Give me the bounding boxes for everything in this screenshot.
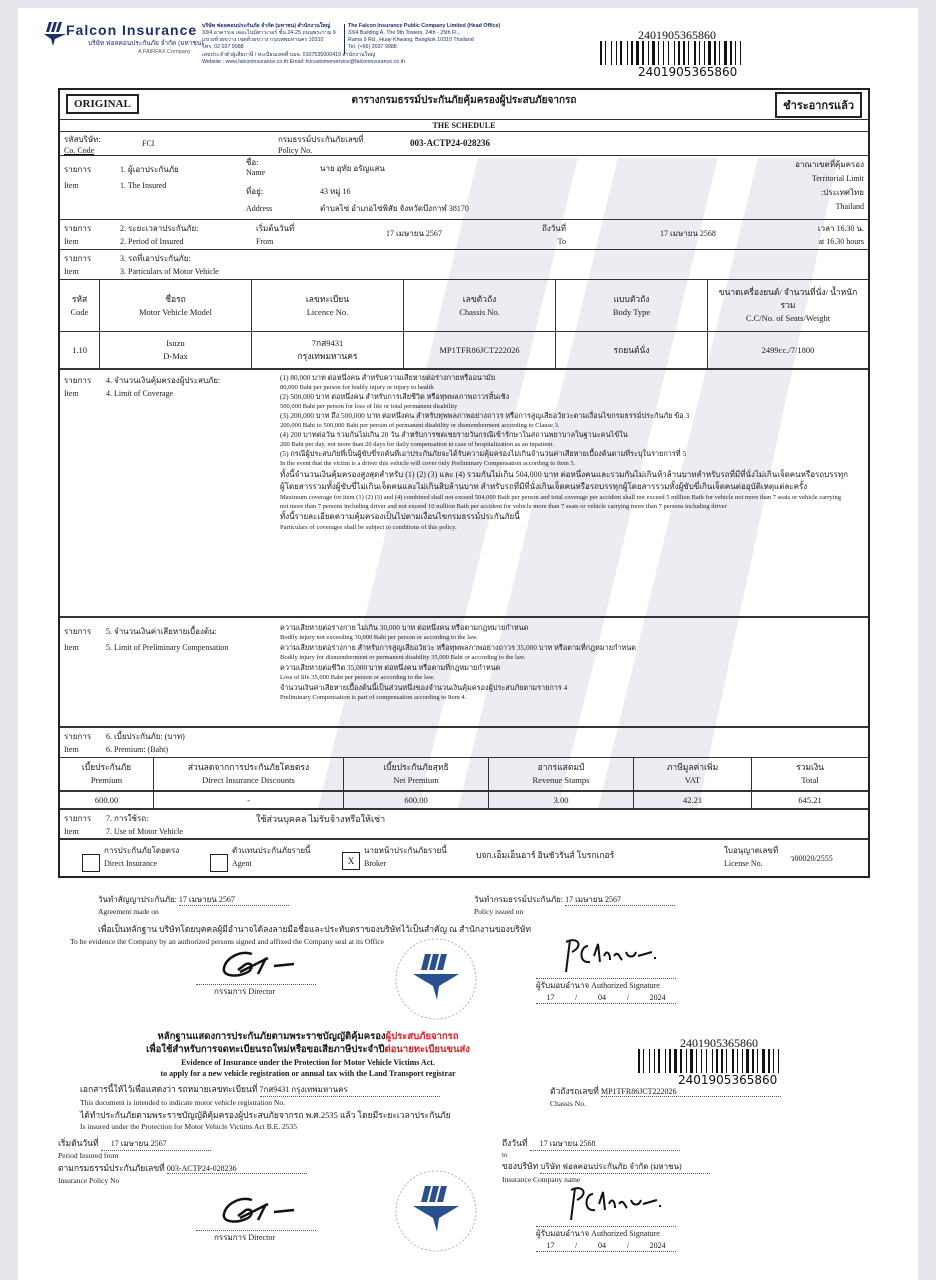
director-label-2: กรรมการ Director: [214, 1232, 275, 1243]
item-label-th: รายการ: [64, 374, 91, 387]
address-line-1: 43 หมู่ 16: [320, 183, 469, 200]
preliminary-title: 5. จำนวนเงินค่าเสียหายเบื้องต้น: 5. Limi…: [106, 624, 228, 656]
vehicle-body: รถยนต์นั่ง: [556, 332, 708, 368]
period-title-th: 2. ระยะเวลาประกันภัย:: [120, 222, 198, 235]
direct-label-en: Direct Insurance: [104, 857, 179, 870]
co-code-label: รหัสบริษัท: Co. Code: [64, 134, 101, 156]
policy-label: กรมธรรม์ประกันภัยเลขที่ Policy No.: [278, 134, 364, 156]
item-vehicle-row: รายการ Item 3. รถที่เอาประกันภัย: 3. Par…: [60, 250, 868, 280]
coverage-line-th: (5) กรณีผู้ประสบภัยที่เป็นผู้ขับขี่รถคัน…: [280, 449, 850, 459]
territory-label-th: อาณาเขตที่คุ้มครอง: [795, 158, 864, 172]
col-net-premium-th: เบี้ยประกันภัยสุทธิ: [344, 761, 488, 774]
col-licence-th: เลขทะเบียน: [252, 293, 403, 306]
name-label: ชื่อ: Name: [246, 158, 265, 178]
col-code-en: Code: [60, 306, 99, 319]
coverage-line-en: 200 Baht per day, not more than 20 days …: [280, 440, 850, 449]
agreement-label-th: วันทำสัญญาประกันภัย:: [98, 895, 177, 904]
eng-address-line: Rama 9 Rd., Huay Khwang, Bangkok 10310 T…: [348, 37, 548, 44]
evidence-to-label-en: to: [502, 1151, 710, 1159]
coverage-line-th: (4) 200 บาทต่อวัน รวมกันไม่เกิน 20 วัน ส…: [280, 430, 850, 440]
policy-label-th: กรมธรรม์ประกันภัยเลขที่: [278, 134, 364, 145]
agreement-date: 17 เมษายน 2567: [179, 894, 289, 906]
eng-address-line: The Falcon Insurance Public Company Limi…: [348, 23, 500, 29]
premium-value: 600.00: [60, 792, 154, 808]
col-net-premium: เบี้ยประกันภัยสุทธิNet Premium: [344, 758, 489, 790]
co-code-label-en: Co. Code: [64, 145, 101, 156]
preliminary-line: ความเสียหายต่อร่างกาย ไม่เกิน 30,000 บาท…: [280, 622, 850, 642]
item-label: รายการ Item: [64, 252, 91, 278]
preliminary-line-th: ความเสียหายต่อร่างกาย สำหรับการสูญเสียอว…: [280, 642, 850, 653]
coverage-title-en: 4. Limit of Coverage: [106, 387, 220, 400]
item-label-en: Item: [64, 387, 91, 400]
insured-title-en: 1. The Insured: [120, 178, 179, 194]
territory-value-en: Thailand: [795, 200, 864, 214]
item-label-th: รายการ: [64, 252, 91, 265]
issued-label-th: วันทำกรมธรรม์ประกันภัย:: [474, 895, 563, 904]
territory-label-en: Territorial Limit: [795, 172, 864, 186]
premium-title-th: 6. เบี้ยประกันภัย: (บาท): [106, 730, 185, 743]
director-signature-icon: [218, 948, 298, 982]
evidence-title-1-red: ผู้ประสบภัยจากรถ: [386, 1032, 459, 1042]
col-body-en: Body Type: [556, 306, 707, 319]
item-label: รายการ Item: [64, 730, 91, 756]
col-spec-en: C.C/No. of Seats/Weight: [714, 312, 862, 325]
agreement-date-block: วันทำสัญญาประกันภัย: 17 เมษายน 2567 Agre…: [98, 894, 289, 917]
authorized-label-2: ผู้รับมอบอำนาจ Authorized Signature: [536, 1228, 660, 1239]
evidence-title-2: เพื่อใช้สำหรับการจดทะเบียนรถใหม่หรือขอเส…: [78, 1044, 538, 1057]
company-seal-2-icon: [393, 1168, 479, 1254]
agreement-label-en: Agreement made on: [98, 906, 289, 917]
vehicle-code: 1.10: [60, 332, 100, 368]
evidence-title-1-black: หลักฐานแสดงการประกันภัยตามพระราชบัญญัติค…: [157, 1032, 385, 1042]
col-spec: ขนาดเครื่องยนต์/ จำนวนที่นั่ง/ น้ำหนักรว…: [708, 280, 868, 331]
premium-table-row: 600.00 - 600.00 3.00 42.21 645.21: [60, 792, 868, 810]
total-value: 645.21: [752, 792, 868, 808]
schedule-title-eng: THE SCHEDULE: [60, 120, 868, 132]
thai-address-line: แขวงห้วยขวาง เขตห้วยขวาง กรุงเทพมหานคร 1…: [202, 37, 352, 44]
eng-address-line: 33/4 Building A, The 9th Towers, 24th - …: [348, 30, 548, 37]
territorial-limit: อาณาเขตที่คุ้มครอง Territorial Limit :ปร…: [795, 158, 864, 214]
item-label-en: Item: [64, 178, 91, 194]
policy-document-page: Falcon Insurance บริษัท ฟอลคอนประกันภัย …: [18, 8, 918, 1280]
vehicle-model: D-Max: [100, 350, 251, 363]
stamp-paid-badge: ชำระอากรแล้ว: [775, 92, 862, 118]
evidence-statement-th: เพื่อเป็นหลักฐาน บริษัทโดยบุคคลผู้มีอำนา…: [98, 923, 531, 935]
col-chassis-th: เลขตัวถัง: [404, 293, 555, 306]
agent-label: ตัวแทนประกันภัยรายนี้ Agent: [232, 844, 310, 870]
co-code-value: FCI: [142, 138, 154, 149]
item-coverage-row: รายการ Item 4. จำนวนเงินคุ้มครองผู้ประสบ…: [60, 370, 868, 618]
item-label: รายการ Item: [64, 624, 91, 656]
period-title-en: 2. Period of Insured: [120, 235, 198, 248]
title-row: ORIGINAL ตารางกรมธรรม์ประกันภัยคุ้มครองผ…: [60, 90, 868, 120]
date-month: 04: [598, 1240, 606, 1251]
registration-value: 7กส9431 กรุงเทพมหานคร: [260, 1083, 440, 1097]
authorized-sign-line: [536, 978, 676, 979]
policy-number: 003-ACTP24-028236: [410, 138, 490, 149]
use-title-en: 7. Use of Motor Vehicle: [106, 825, 183, 838]
coverage-line-th: (2) 500,000 บาท ต่อหนึ่งคน สำหรับการเสีย…: [280, 392, 850, 402]
barcode-number-bottom: 2401905365860: [638, 65, 737, 79]
agent-label-th: ตัวแทนประกันภัยรายนี้: [232, 844, 310, 857]
col-stamps-th: อากรแสตมป์: [489, 761, 633, 774]
issued-date: 17 เมษายน 2567: [565, 894, 675, 906]
broker-checkbox[interactable]: X: [342, 852, 360, 870]
registration-label-th: เอกสารนี้ให้ไว้เพื่อแสดงว่า รถหมายเลขทะเ…: [80, 1084, 257, 1094]
authorized-signature-icon: [558, 936, 668, 976]
coverage-line-en: 80,000 Baht per person for bodily injury…: [280, 383, 850, 392]
to-label-th: ถึงวันที่: [526, 222, 566, 235]
item-premium-row: รายการ Item 6. เบี้ยประกันภัย: (บาท) 6. …: [60, 728, 868, 758]
col-vat-th: ภาษีมูลค่าเพิ่ม: [634, 761, 751, 774]
address-label: ที่อยู่: Address: [246, 183, 272, 217]
eng-address-line: Tel. (+66) 2037 9988: [348, 44, 548, 51]
tax-id-line: เลขประจำตัวผู้เสียภาษี / ทะเบียนเลขที่ บ…: [202, 52, 542, 59]
tax-web-block: เลขประจำตัวผู้เสียภาษี / ทะเบียนเลขที่ บ…: [202, 52, 542, 66]
col-vat-en: VAT: [634, 774, 751, 787]
chassis-label-th: ตัวถังรถเลขที่: [550, 1086, 599, 1096]
col-vat: ภาษีมูลค่าเพิ่มVAT: [634, 758, 752, 790]
item-label-en: Item: [64, 825, 91, 838]
item-label: รายการ Item: [64, 812, 91, 838]
col-stamps: อากรแสตมป์Revenue Stamps: [489, 758, 634, 790]
director-sign-line: [196, 984, 316, 985]
vehicle-make: Isuzu: [100, 337, 251, 350]
header-divider: [344, 24, 345, 54]
item-label-th: รายการ: [64, 624, 91, 640]
schedule-title-thai: ตารางกรมธรรม์ประกันภัยคุ้มครองผู้ประสบภั…: [60, 93, 868, 108]
date-month: 04: [598, 992, 606, 1003]
coverage-subject-th: ทั้งนี้รายละเอียดความคุ้มครองเป็นไปตามเง…: [280, 511, 850, 523]
evidence-from-label-th: เริ่มต้นวันที่: [58, 1138, 99, 1148]
agent-label-en: Agent: [232, 857, 310, 870]
evidence-barcode-graphic: [638, 1049, 814, 1073]
col-code-th: รหัส: [60, 293, 99, 306]
vehicle-model-cell: IsuzuD-Max: [100, 332, 252, 368]
col-licence-en: Licence No.: [252, 306, 403, 319]
item-label-en: Item: [64, 743, 91, 756]
director-signature-2-icon: [218, 1194, 298, 1228]
premium-title-en: 6. Premium: (Baht): [106, 743, 185, 756]
thai-address-line: โทร. 02 037 9988: [202, 44, 352, 51]
from-label-th: เริ่มต้นวันที่: [256, 222, 294, 235]
authorized-date-2: 17/04/2024: [536, 1240, 676, 1252]
period-title: 2. ระยะเวลาประกันภัย: 2. Period of Insur…: [120, 222, 198, 248]
preliminary-line-en: Preliminary Compensation is part of comp…: [280, 693, 850, 702]
vehicle-title-en: 3. Particulars of Motor Vehicle: [120, 265, 219, 278]
license-label: ใบอนุญาตเลขที่ License No.: [724, 844, 778, 870]
address-label-en: Address: [246, 200, 272, 217]
to-label: ถึงวันที่ To: [526, 222, 566, 248]
coverage-title-th: 4. จำนวนเงินคุ้มครองผู้ประสบภัย:: [106, 374, 220, 387]
col-total-en: Total: [752, 774, 868, 787]
period-to-date: 17 เมษายน 2568: [660, 228, 716, 239]
schedule-table: ORIGINAL ตารางกรมธรรม์ประกันภัยคุ้มครองผ…: [58, 88, 870, 878]
director-sign-line-2: [196, 1230, 316, 1231]
coverage-line-en: 500,000 Baht per person for loss of life…: [280, 402, 850, 411]
vehicle-title-th: 3. รถที่เอาประกันภัย:: [120, 252, 219, 265]
registration-label-en: This document is intended to indicate mo…: [80, 1097, 451, 1109]
use-title-th: 7. การใช้รถ:: [106, 812, 183, 825]
name-label-th: ชื่อ:: [246, 158, 265, 168]
preliminary-line-en: Bodily injury for dismemberment or perma…: [280, 653, 850, 662]
evidence-title-2-black: เพื่อใช้สำหรับการจดทะเบียนรถใหม่หรือขอเส…: [146, 1045, 384, 1055]
address-label-th: ที่อยู่:: [246, 183, 272, 200]
evidence-to-value: 17 เมษายน 2568: [530, 1137, 680, 1151]
falcon-logo-icon: [44, 22, 66, 46]
col-code: รหัสCode: [60, 280, 100, 331]
period-from-date: 17 เมษายน 2567: [386, 228, 442, 239]
item-label-en: Item: [64, 235, 91, 248]
col-premium: เบี้ยประกันภัยPremium: [60, 758, 154, 790]
use-title: 7. การใช้รถ: 7. Use of Motor Vehicle: [106, 812, 183, 838]
col-premium-th: เบี้ยประกันภัย: [60, 761, 153, 774]
period-time: เวลา 16.30 น. at 16.30 hours: [818, 222, 864, 248]
vehicle-province: กรุงเทพมหานคร: [252, 350, 403, 363]
preliminary-details: ความเสียหายต่อร่างกาย ไม่เกิน 30,000 บาท…: [280, 622, 850, 702]
item-label: รายการ Item: [64, 222, 91, 248]
to-label-en: To: [526, 235, 566, 248]
evidence-title-1: หลักฐานแสดงการประกันภัยตามพระราชบัญญัติค…: [78, 1031, 538, 1044]
item-label: รายการ Item: [64, 374, 91, 400]
col-model-th: ชื่อรถ: [100, 293, 251, 306]
issued-label-en: Policy issued on: [474, 906, 675, 917]
co-code-row: รหัสบริษัท: Co. Code FCI กรมธรรม์ประกันภ…: [60, 132, 868, 156]
date-day: 17: [546, 992, 554, 1003]
vehicle-title: 3. รถที่เอาประกันภัย: 3. Particulars of …: [120, 252, 219, 278]
registration-block: เอกสารนี้ให้ไว้เพื่อแสดงว่า รถหมายเลขทะเ…: [80, 1082, 451, 1132]
preliminary-line: จำนวนเงินค่าเสียหายเบื้องต้นนี้เป็นส่วนห…: [280, 682, 850, 702]
item-use-row: รายการ Item 7. การใช้รถ: 7. Use of Motor…: [60, 810, 868, 840]
preliminary-title-en: 5. Limit of Preliminary Compensation: [106, 640, 228, 656]
item-label-th: รายการ: [64, 812, 91, 825]
col-body: แบบตัวถังBody Type: [556, 280, 708, 331]
use-value: ใช้ส่วนบุคคล ไม่รับจ้างหรือให้เช่า: [256, 814, 385, 825]
coverage-line-th: (3) 200,000 บาท ถึง 500,000 บาท ต่อหนึ่ง…: [280, 411, 850, 421]
evidence-to-label-th: ถึงวันที่: [502, 1138, 527, 1148]
evidence-company-label-th: ของบริษัท: [502, 1161, 538, 1171]
vehicle-chassis: MP1TFR86JCT222026: [404, 332, 556, 368]
license-number: ว00020/2555: [790, 853, 833, 864]
coverage-subject-en: Particulars of coverages shall be subjec…: [280, 523, 850, 532]
evidence-from-label-en: Period Insured from: [58, 1151, 307, 1161]
coverage-title: 4. จำนวนเงินคุ้มครองผู้ประสบภัย: 4. Limi…: [106, 374, 220, 400]
vat-value: 42.21: [634, 792, 752, 808]
coverage-line-th: (1) 80,000 บาท ต่อหนึ่งคน สำหรับความเสีย…: [280, 373, 850, 383]
item-insured-row: รายการ Item 1. ผู้เอาประกันภัย 1. The In…: [60, 156, 868, 220]
col-discount-en: Direct Insurance Discounts: [154, 774, 343, 787]
direct-insurance-label: การประกันภัยโดยตรง Direct Insurance: [104, 844, 179, 870]
coverage-line: (2) 500,000 บาท ต่อหนึ่งคน สำหรับการเสีย…: [280, 392, 850, 411]
preliminary-line: ความเสียหายต่อชีวิต 35,000 บาท ต่อหนึ่งค…: [280, 662, 850, 682]
evidence-titles: หลักฐานแสดงการประกันภัยตามพระราชบัญญัติค…: [78, 1031, 538, 1079]
authorized-label: ผู้รับมอบอำนาจ Authorized Signature: [536, 980, 660, 991]
broker-name: บจก.เอ็มเอ็นอาร์ อินชัวรันส์ โบรกเกอร์: [476, 850, 614, 861]
coverage-max-en: Maximum coverage for item (1) (2) (3) an…: [280, 493, 850, 511]
preliminary-line: ความเสียหายต่อร่างกาย สำหรับการสูญเสียอว…: [280, 642, 850, 662]
schedule-subtitle-row: THE SCHEDULE: [60, 120, 868, 132]
license-label-th: ใบอนุญาตเลขที่: [724, 844, 778, 857]
evidence-policy-value: 003-ACTP24-028236: [167, 1164, 307, 1174]
evidence-title-3: Evidence of Insurance under the Protecti…: [78, 1057, 538, 1068]
name-label-en: Name: [246, 168, 265, 178]
vehicle-table-header: รหัสCode ชื่อรถMotor Vehicle Model เลขทะ…: [60, 280, 868, 332]
vehicle-table-row: 1.10 IsuzuD-Max 7กส9431กรุงเทพมหานคร MP1…: [60, 332, 868, 370]
vehicle-spec: 2499cc./7/1800: [708, 332, 868, 368]
coverage-line: (5) กรณีผู้ประสบภัยที่เป็นผู้ขับขี่รถคัน…: [280, 449, 850, 468]
channel-row: การประกันภัยโดยตรง Direct Insurance ตัวแ…: [60, 840, 868, 876]
eng-address-block: The Falcon Insurance Public Company Limi…: [348, 23, 548, 51]
from-label: เริ่มต้นวันที่ From: [256, 222, 294, 248]
fairfax-label: A FAIRFAX Company: [138, 49, 191, 55]
territory-value-th: :ประเทศไทย: [795, 186, 864, 200]
agent-checkbox[interactable]: [210, 854, 228, 872]
insured-title-th: 1. ผู้เอาประกันภัย: [120, 162, 179, 178]
preliminary-line-th: จำนวนเงินค่าเสียหายเบื้องต้นนี้เป็นส่วนห…: [280, 682, 850, 693]
col-discount-th: ส่วนลดจากการประกันภัยโดยตรง: [154, 761, 343, 774]
period-time-th: เวลา 16.30 น.: [818, 222, 864, 235]
issued-date-block: วันทำกรมธรรม์ประกันภัย: 17 เมษายน 2567 P…: [474, 894, 675, 917]
date-year: 2024: [650, 1240, 666, 1251]
item-label: รายการ Item: [64, 162, 91, 194]
vehicle-licence-cell: 7กส9431กรุงเทพมหานคร: [252, 332, 404, 368]
company-seal-icon: [393, 936, 479, 1022]
evidence-from-value: 17 เมษายน 2567: [101, 1137, 211, 1151]
thai-address-line: บริษัท ฟอลคอนประกันภัย จำกัด (มหาชน) สำน…: [202, 23, 330, 29]
col-model: ชื่อรถMotor Vehicle Model: [100, 280, 252, 331]
thai-address-line: 33/4 อาคารเอ เดอะไนน์ทาวเวอร์ ชั้น 24-25…: [202, 30, 352, 37]
col-total-th: รวมเงิน: [752, 761, 868, 774]
co-code-label-th: รหัสบริษัท:: [64, 134, 101, 145]
preliminary-title-th: 5. จำนวนเงินค่าเสียหายเบื้องต้น:: [106, 624, 228, 640]
col-model-en: Motor Vehicle Model: [100, 306, 251, 319]
premium-title: 6. เบี้ยประกันภัย: (บาท) 6. Premium: (Ba…: [106, 730, 185, 756]
chassis-label-en: Chassis No.: [550, 1098, 781, 1110]
coverage-line: (3) 200,000 บาท ถึง 500,000 บาท ต่อหนึ่ง…: [280, 411, 850, 430]
coverage-line: (4) 200 บาทต่อวัน รวมกันไม่เกิน 20 วัน ส…: [280, 430, 850, 449]
act-statement-th: ได้ทำประกันภัยตามพระราชบัญญัติคุ้มครองผู…: [80, 1109, 451, 1121]
coverage-max-th: ทั้งนี้จำนวนเงินคุ้มครองสูงสุดสำหรับ (1)…: [280, 469, 850, 493]
item-label-th: รายการ: [64, 730, 91, 743]
net-premium-value: 600.00: [344, 792, 489, 808]
evidence-to-block: ถึงวันที่ 17 เมษายน 2568 to ของบริษัท บร…: [502, 1136, 710, 1186]
chassis-value: MP1TFR86JCT222026: [601, 1087, 781, 1097]
col-total: รวมเงินTotal: [752, 758, 868, 790]
col-net-premium-en: Net Premium: [344, 774, 488, 787]
col-chassis-en: Chassis No.: [404, 306, 555, 319]
evidence-statement-en: To be evidence the Company by an authori…: [70, 937, 384, 946]
insured-address: 43 หมู่ 16 ตำบลไซ่ อำเภอไซ่พิสัย จังหวัด…: [320, 183, 469, 217]
license-label-en: License No.: [724, 857, 778, 870]
broker-label-en: Broker: [364, 857, 447, 870]
col-licence: เลขทะเบียนLicence No.: [252, 280, 404, 331]
brand-name: Falcon Insurance: [66, 22, 197, 38]
direct-label-th: การประกันภัยโดยตรง: [104, 844, 179, 857]
from-label-en: From: [256, 235, 294, 248]
website-line: Website : www.falconinsurance.co.th Emai…: [202, 59, 542, 66]
evidence-policy-label-en: Insurance Policy No: [58, 1175, 307, 1187]
date-year: 2024: [650, 992, 666, 1003]
premium-table-header: เบี้ยประกันภัยPremium ส่วนลดจากการประกัน…: [60, 758, 868, 792]
act-statement-en: Is insured under the Protection for Moto…: [80, 1121, 451, 1132]
evidence-title-4: to apply for a new vehicle registration …: [78, 1068, 538, 1079]
preliminary-line-th: ความเสียหายต่อชีวิต 35,000 บาท ต่อหนึ่งค…: [280, 662, 850, 673]
preliminary-line-en: Loss of life 35,000 Baht per person or a…: [280, 673, 850, 682]
item-label-en: Item: [64, 265, 91, 278]
col-chassis: เลขตัวถังChassis No.: [404, 280, 556, 331]
col-discount: ส่วนลดจากการประกันภัยโดยตรงDirect Insura…: [154, 758, 344, 790]
col-premium-en: Premium: [60, 774, 153, 787]
coverage-line: (1) 80,000 บาท ต่อหนึ่งคน สำหรับความเสีย…: [280, 373, 850, 392]
director-label: กรรมการ Director: [214, 986, 275, 997]
insured-name: นาย อุทัย อรัญแสน: [320, 163, 385, 174]
evidence-from-block: เริ่มต้นวันที่ 17 เมษายน 2567 Period Ins…: [58, 1136, 307, 1187]
authorized-sign-line-2: [536, 1226, 676, 1227]
col-spec-th: ขนาดเครื่องยนต์/ จำนวนที่นั่ง/ น้ำหนักรว…: [714, 286, 862, 312]
period-time-en: at 16.30 hours: [818, 235, 864, 248]
item-period-row: รายการ Item 2. ระยะเวลาประกันภัย: 2. Per…: [60, 220, 868, 250]
address-line-2: ตำบลไซ่ อำเภอไซ่พิสัย จังหวัดบึงกาฬ 3817…: [320, 200, 469, 217]
authorized-date: 17/04/2024: [536, 992, 676, 1004]
evidence-title-2-red: ต่อนายทะเบียนขนส่ง: [384, 1045, 469, 1055]
col-stamps-en: Revenue Stamps: [489, 774, 633, 787]
brand-name-thai: บริษัท ฟอลคอนประกันภัย จำกัด (มหาชน): [88, 38, 203, 48]
preliminary-line-th: ความเสียหายต่อร่างกาย ไม่เกิน 30,000 บาท…: [280, 622, 850, 633]
stamps-value: 3.00: [489, 792, 634, 808]
coverage-line-en: 200,000 Baht to 500,000 Baht per person …: [280, 421, 850, 430]
chassis-block: ตัวถังรถเลขที่ MP1TFR86JCT222026 Chassis…: [550, 1084, 781, 1110]
item-label-th: รายการ: [64, 222, 91, 235]
policy-label-en: Policy No.: [278, 145, 364, 156]
thai-address-block: บริษัท ฟอลคอนประกันภัย จำกัด (มหาชน) สำน…: [202, 23, 352, 51]
broker-label: นายหน้าประกันภัยรายนี้ Broker: [364, 844, 447, 870]
authorized-signature-2-icon: [563, 1184, 673, 1224]
broker-label-th: นายหน้าประกันภัยรายนี้: [364, 844, 447, 857]
coverage-details: (1) 80,000 บาท ต่อหนึ่งคน สำหรับความเสีย…: [280, 373, 850, 532]
preliminary-line-en: Bodily injury not exceeding 30,000 Baht …: [280, 633, 850, 642]
coverage-line-en: In the event that the victim is a driver…: [280, 459, 850, 468]
col-body-th: แบบตัวถัง: [556, 293, 707, 306]
direct-insurance-checkbox[interactable]: [82, 854, 100, 872]
discount-value: -: [154, 792, 344, 808]
barcode-graphic: [600, 41, 776, 65]
evidence-company-value: บริษัท ฟอลคอนประกันภัย จำกัด (มหาชน): [540, 1160, 710, 1174]
vehicle-licence: 7กส9431: [252, 337, 403, 350]
item-preliminary-row: รายการ Item 5. จำนวนเงินค่าเสียหายเบื้อง…: [60, 618, 868, 728]
item-label-th: รายการ: [64, 162, 91, 178]
evidence-policy-label-th: ตามกรมธรรม์ประกันภัยเลขที่: [58, 1163, 165, 1173]
insured-title: 1. ผู้เอาประกันภัย 1. The Insured: [120, 162, 179, 194]
item-label-en: Item: [64, 640, 91, 656]
date-day: 17: [546, 1240, 554, 1251]
